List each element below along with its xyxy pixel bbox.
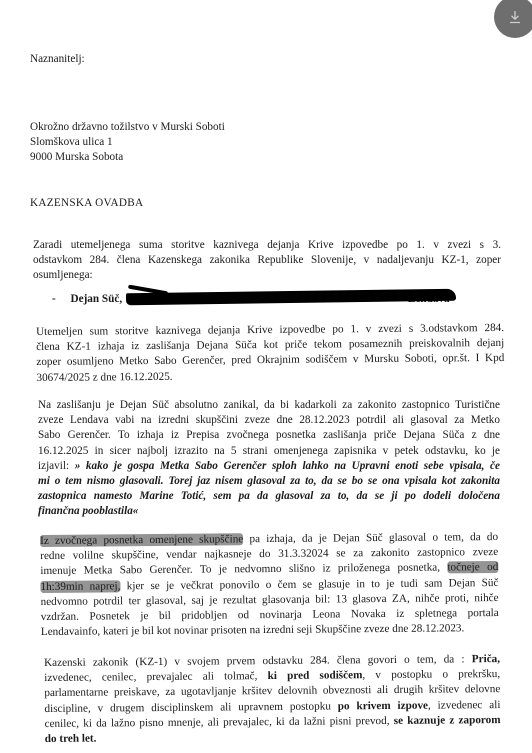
document-title: KAZENSKA OVADBA <box>30 196 143 211</box>
download-button[interactable] <box>494 0 532 38</box>
bold-text: do treh let. <box>45 733 97 745</box>
highlighted-text: Iz zvočnega posnetka omenjene skupščine <box>40 533 243 547</box>
bold-text: Priča, <box>472 653 500 665</box>
paragraph-text: discipline, v drugem disciplinskem ali u… <box>44 700 337 715</box>
paragraph-text: izvedenec, cenilec, prevajalec ali tolma… <box>44 670 268 684</box>
suspect-name: Dejan Süč, <box>71 293 123 305</box>
intro-paragraph: Zaradi utemeljenega suma storitve kazniv… <box>33 238 501 284</box>
paragraph-text: cenilec, ki da lažno pisno mnenje, ali p… <box>45 715 394 730</box>
intro-line: osumljenega: <box>33 268 501 283</box>
paragraph-text: pa izhaja, da je Dejan Süč glasoval o te… <box>243 531 498 545</box>
paragraph-1: Utemeljen sum storitve kaznivega dejanja… <box>36 321 505 386</box>
paragraph-text: Kazenski zakonik (KZ-1) v svojem prvem o… <box>44 653 472 669</box>
quote-text: mi o tem nismo glasovali. Torej jaz nise… <box>38 475 500 487</box>
quote-text: finančna pooblastila« <box>38 505 138 517</box>
paragraph-line: Lendavainfo, kateri je bil kot novinar p… <box>41 621 499 640</box>
paragraph-2: Na zaslišanju je Dejan Süč absolutno zan… <box>38 398 500 520</box>
quote-text: zastopnica namesto Marine Totić, sem pa … <box>38 490 500 502</box>
paragraph-line: 16.12.2025 in sicer najbolj izrazito na … <box>38 444 500 459</box>
highlighted-text: točneje od <box>447 561 498 573</box>
paragraph-line: zveze Lendava vabi na izredni skupščini … <box>38 413 500 428</box>
paragraph-text: , v postopku o prekršku, <box>362 668 500 681</box>
paragraph-line: 30674/2025 z dne 16.12.2025. <box>36 367 504 386</box>
paragraph-text: imenuje Metka Sabo Gerenčer. To je nedvo… <box>40 562 447 578</box>
bold-text: se kaznuje z zaporom <box>394 714 501 727</box>
suspect-line: - Dejan Süč, <box>52 292 122 307</box>
document-page: Naznanitelj: Okrožno državno tožilstvo v… <box>0 0 532 753</box>
bold-text: ki pred sodiščem <box>268 669 363 682</box>
paragraph-line: Sabo Gerenčer. To izhaja iz Prepisa zvoč… <box>38 428 500 443</box>
recipient-line-1: Okrožno državno tožilstvo v Murski Sobot… <box>30 120 225 135</box>
intro-line: odstavkom 284. člena Kazenskega zakonika… <box>33 253 501 268</box>
paragraph-text: , izvedenec ali <box>428 699 501 712</box>
download-icon <box>508 10 522 24</box>
quote-text: » kako je gospa Metka Sabo Gerenčer splo… <box>75 460 500 472</box>
addressee-label: Naznanitelj: <box>30 52 85 67</box>
redaction-mark <box>126 289 456 306</box>
paragraph-4: Kazenski zakonik (KZ-1) v svojem prvem o… <box>44 652 501 747</box>
quote-lead: izjavil: <box>38 460 75 472</box>
recipient-line-2: Slomškova ulica 1 <box>30 135 113 150</box>
paragraph-line: Na zaslišanju je Dejan Süč absolutno zan… <box>38 398 500 413</box>
bold-text: po krivem izpove <box>338 699 428 712</box>
intro-line: Zaradi utemeljenega suma storitve kazniv… <box>33 238 501 253</box>
recipient-line-3: 9000 Murska Sobota <box>30 150 123 165</box>
paragraph-3: Iz zvočnega posnetka omenjene skupščine … <box>40 530 499 640</box>
bullet: - <box>52 293 56 305</box>
paragraph-text: kjer se je večkrat ponovilo o čem se gla… <box>120 577 498 592</box>
highlighted-text: 1h:39min naprej, <box>40 580 120 593</box>
